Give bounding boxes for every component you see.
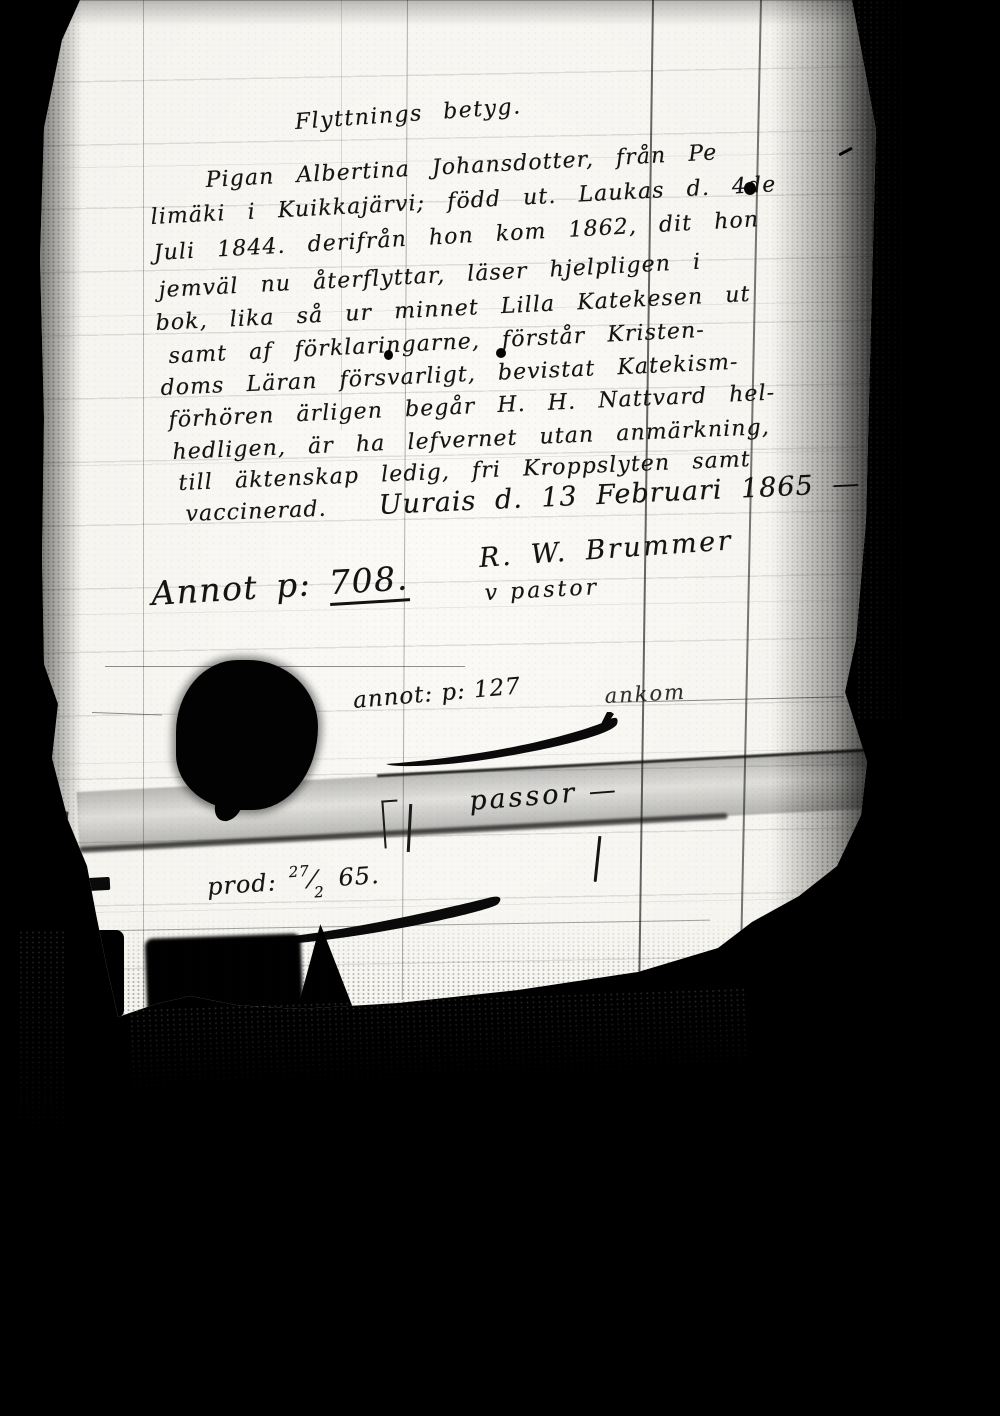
pencil-diagonal-1 [0,686,32,833]
ink-dot-2 [496,348,506,358]
below-paper-scan-noise [128,987,751,1109]
punch-hole-blob [176,660,318,810]
paper-content-layer: Flyttnings betyg. Pigan Albertina Johans… [0,0,1000,1416]
ledger-vertical-rule-1 [143,0,144,1012]
dark-rule-segment-1 [105,666,465,667]
ink-dot-1 [384,350,393,360]
left-of-paper-scan-noise [18,930,68,1150]
right-of-paper-scan-noise [856,0,926,720]
sketch-rectangle [33,809,68,862]
left-edge-speckle [36,0,88,1010]
ink-flourish-underline-1 [384,712,628,768]
scanned-archive-page: { "page": { "background_color": "#000000… [0,0,1000,1416]
prod-fraction-numerator: 27 [288,862,310,881]
bracket-mark [381,800,400,849]
annot-708-value: 708. [328,558,410,606]
top-edge-fade [60,0,860,26]
pencil-diagonal-2 [37,834,60,893]
ink-dot-3 [744,182,756,195]
prod-year: 65. [337,861,380,892]
arrival-scribble: ankom [604,680,686,708]
